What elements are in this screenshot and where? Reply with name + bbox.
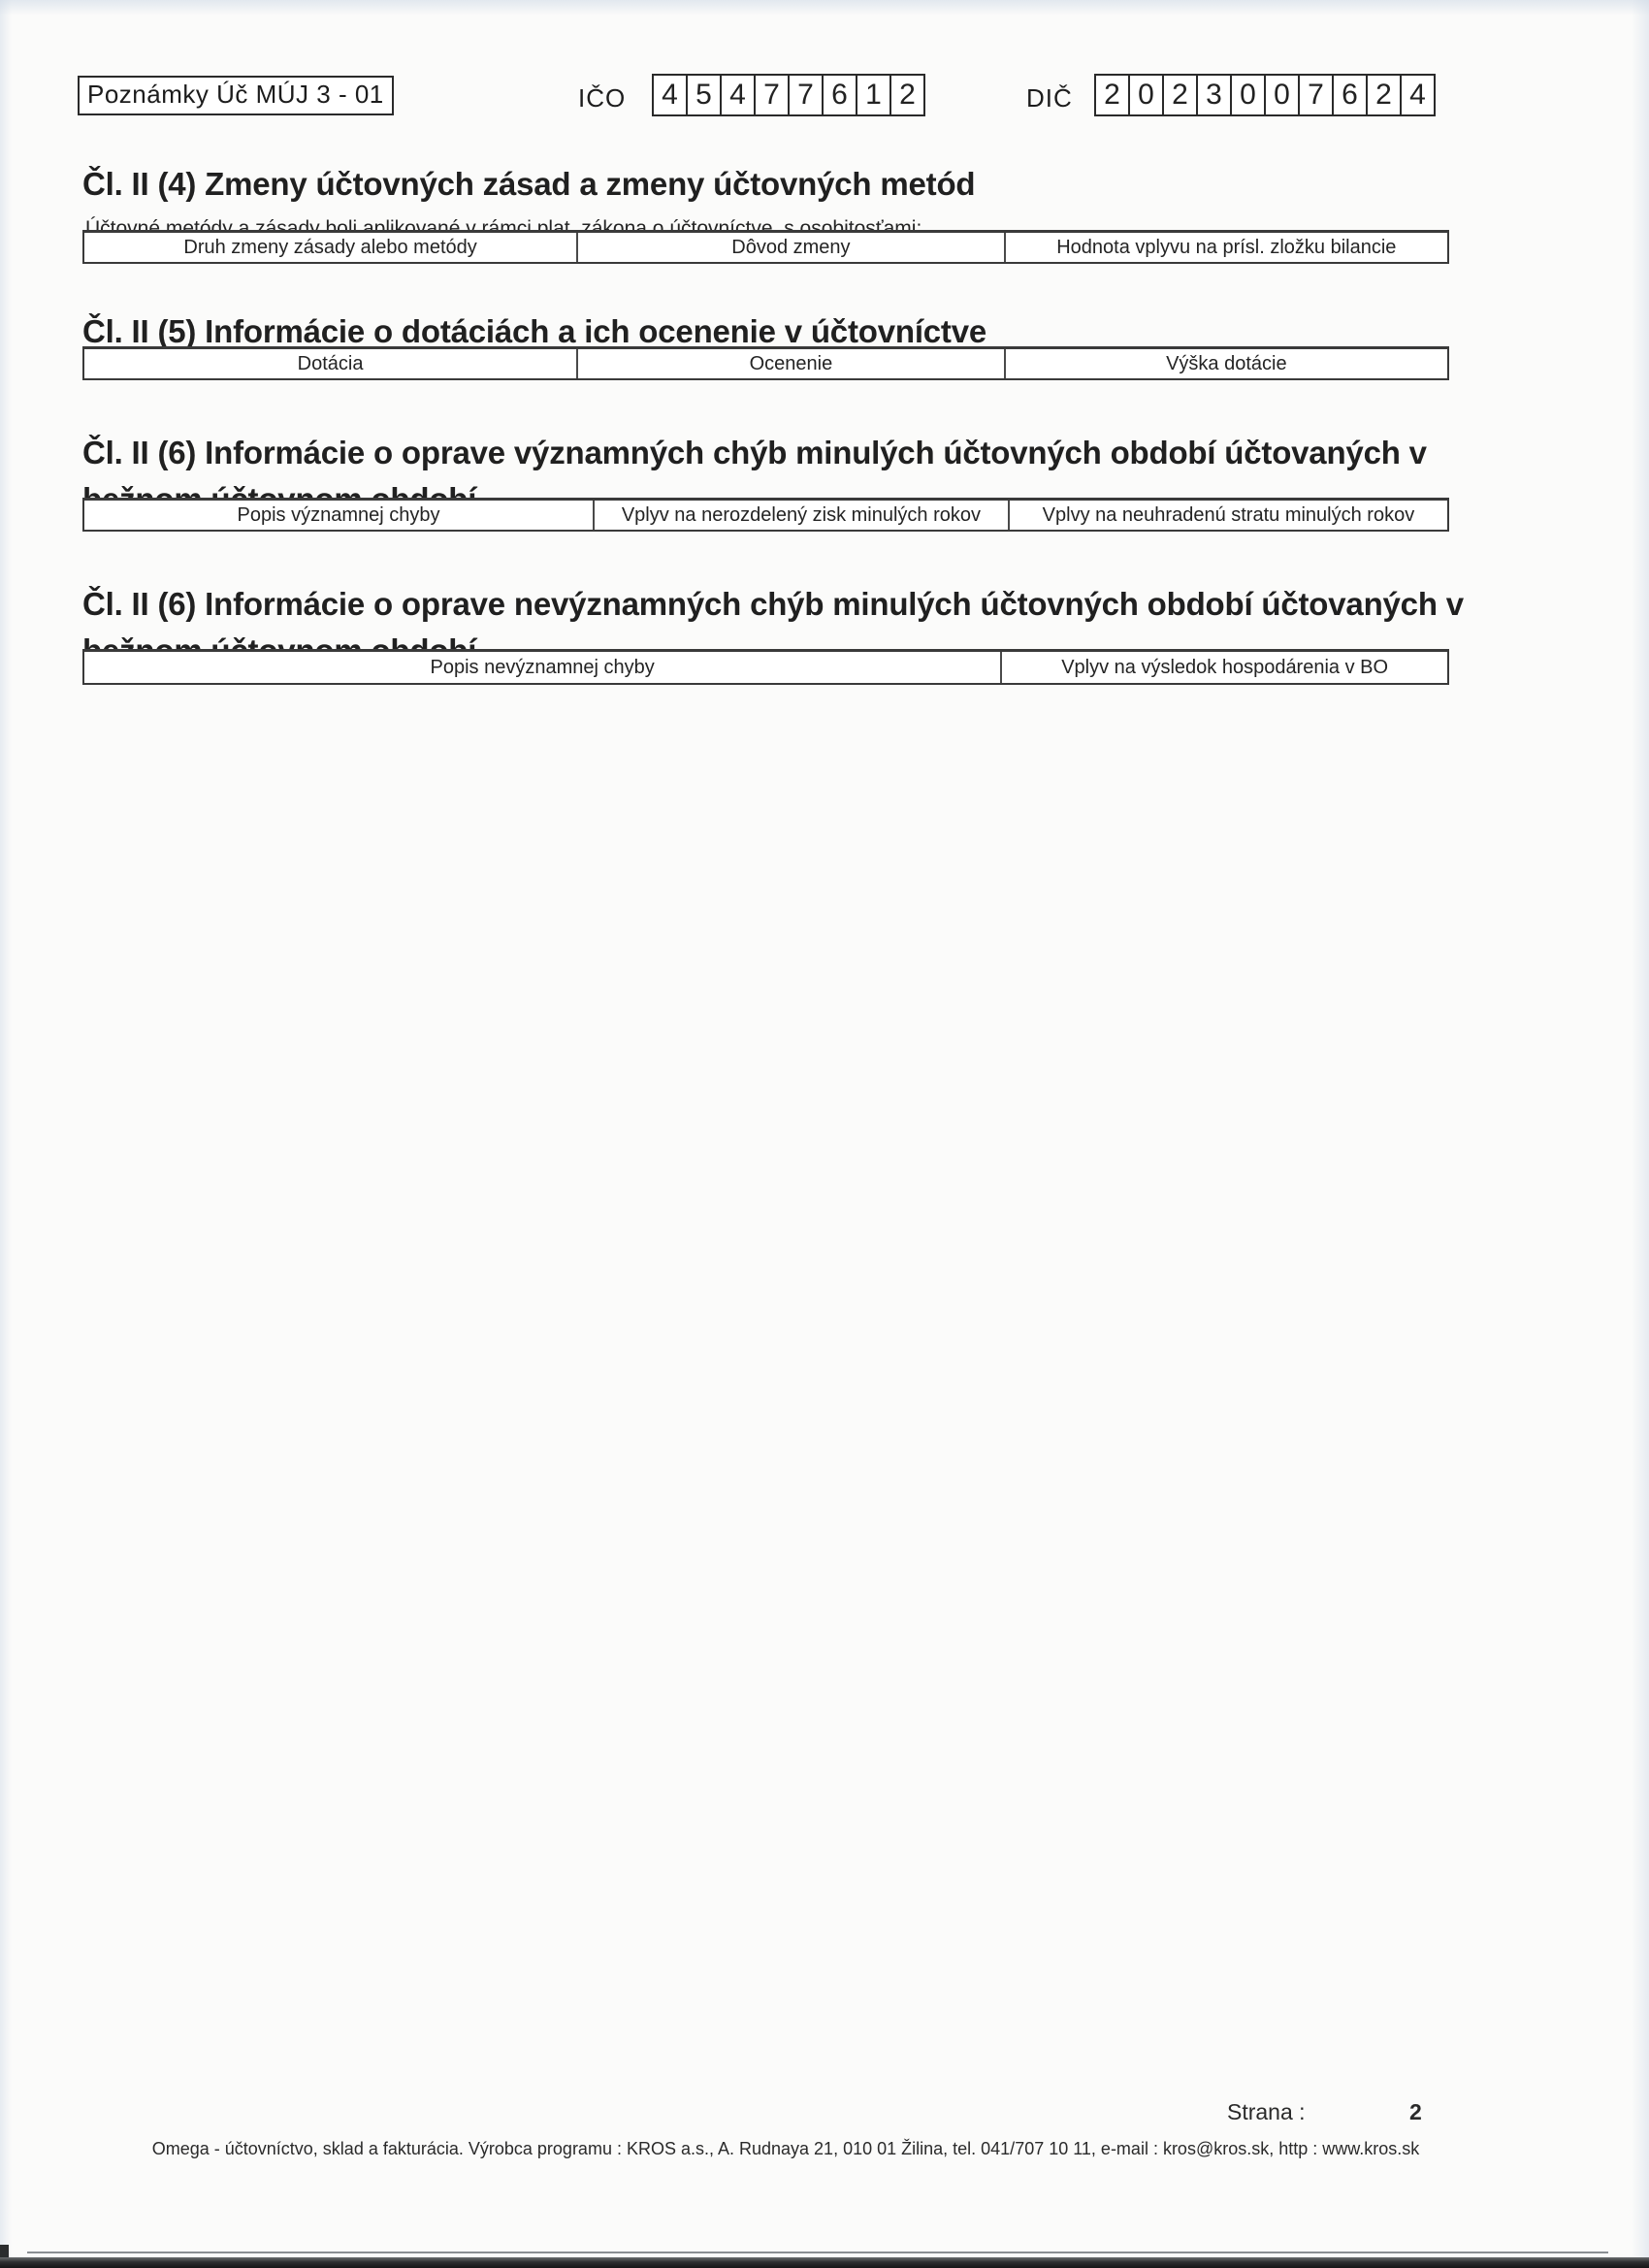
dic-digit: 2 [1368,74,1402,116]
scanned-form-page: Poznámky Úč MÚJ 3 - 01 IČO 4 5 4 7 7 6 1… [0,0,1649,2268]
ico-digit: 6 [824,74,857,116]
dic-digit: 4 [1402,74,1436,116]
dic-digit: 0 [1130,74,1164,116]
table-column-header: Druh zmeny zásady alebo metódy [84,233,576,262]
ico-digit: 7 [756,74,790,116]
section-heading-cl-II-4: Čl. II (4) Zmeny účtovných zásad a zmeny… [82,161,1479,208]
table-column-header: Popis významnej chyby [84,501,593,530]
dic-digit: 3 [1198,74,1232,116]
table-column-header: Ocenenie [576,349,1004,378]
table-column-header: Vplvy na neuhradenú stratu minulých roko… [1008,501,1447,530]
ico-label: IČO [578,83,626,113]
page-number-row: Strana : 2 [1227,2099,1306,2125]
dic-digit: 0 [1232,74,1266,116]
scan-edge-tint-left [0,0,12,2268]
page-number-label: Strana : [1227,2099,1306,2124]
dic-digit: 7 [1300,74,1334,116]
table-column-header: Hodnota vplyvu na prísl. zložku bilancie [1004,233,1447,262]
ico-digit: 2 [891,74,925,116]
ico-digit: 4 [722,74,756,116]
paper-bottom-edge-line [27,2252,1608,2253]
scan-edge-tint-top [0,0,1649,16]
dic-label: DIČ [1026,83,1073,113]
table-column-header: Dôvod zmeny [576,233,1004,262]
table-column-header: Popis nevýznamnej chyby [84,652,1000,683]
form-code-box: Poznámky Úč MÚJ 3 - 01 [78,76,394,115]
table-zmeny-zasad: Druh zmeny zásady alebo metódy Dôvod zme… [82,230,1449,264]
dic-digit: 6 [1334,74,1368,116]
footer-vendor-info: Omega - účtovníctvo, sklad a fakturácia.… [0,2139,1571,2159]
ico-digit-boxes: 4 5 4 7 7 6 1 2 [652,74,925,116]
table-column-header: Vplyv na výsledok hospodárenia v BO [1000,652,1447,683]
table-column-header: Vplyv na nerozdelený zisk minulých rokov [593,501,1008,530]
dic-digit: 2 [1164,74,1198,116]
table-vyznamne-chyby: Popis významnej chyby Vplyv na nerozdele… [82,498,1449,532]
ico-digit: 4 [652,74,688,116]
table-column-header: Výška dotácie [1004,349,1447,378]
ico-digit: 1 [857,74,891,116]
dic-digit: 0 [1266,74,1300,116]
dic-digit: 2 [1094,74,1130,116]
page-number-value: 2 [1409,2099,1422,2125]
scan-artifact-bottom-band [0,2257,1649,2268]
ico-digit: 7 [790,74,824,116]
dic-digit-boxes: 2 0 2 3 0 0 7 6 2 4 [1094,74,1436,116]
scan-edge-tint-right [1632,0,1649,2268]
ico-digit: 5 [688,74,722,116]
table-nevyznamne-chyby: Popis nevýznamnej chyby Vplyv na výsledo… [82,649,1449,685]
table-dotacie: Dotácia Ocenenie Výška dotácie [82,346,1449,380]
table-column-header: Dotácia [84,349,576,378]
